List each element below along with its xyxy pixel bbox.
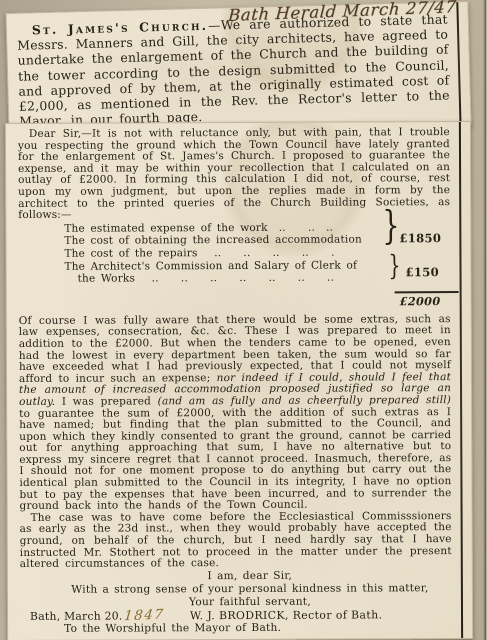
closing-line-3: Your faithful servant,	[20, 595, 452, 610]
amount-group2: £150	[406, 266, 440, 279]
cost-line-the-works: the Works .. .. .. .. .. .. ..	[65, 271, 451, 285]
clipping-letter: Dear Sir,—It is not with reluctance only…	[5, 121, 473, 640]
signature-name: W. J. BRODRICK, Rector of Bath.	[190, 608, 383, 622]
total-amount: £2000	[400, 295, 441, 308]
amount-group1: £1850	[399, 232, 441, 245]
cost-table: The estimated expense of the work .. .. …	[64, 221, 450, 313]
addressee-line: To the Worshipful the Mayor of Bath.	[64, 621, 452, 636]
letter-paragraph-3: The case was to have come before the Ecc…	[20, 511, 452, 571]
album-page: Bath Herald March 27/47 St. James's Chur…	[0, 0, 487, 640]
letter-salutation-paragraph: Dear Sir,—It is not with reluctance only…	[18, 127, 450, 222]
closing-line-2: With a strong sense of your personal kin…	[20, 582, 452, 597]
page-edge	[483, 0, 486, 640]
handwritten-year: 1847	[123, 609, 165, 624]
letter-paragraph-2: Of course I was fully aware that there w…	[19, 314, 452, 513]
total-rule	[395, 291, 459, 293]
para2-text: I was prepared	[55, 395, 157, 407]
signature-place-date: Bath, March 20.	[30, 610, 123, 623]
letter-body: Dear Sir,—It is not with reluctance only…	[6, 122, 472, 640]
para2-text: to guarantee the sum of £2000, with the …	[19, 406, 451, 513]
